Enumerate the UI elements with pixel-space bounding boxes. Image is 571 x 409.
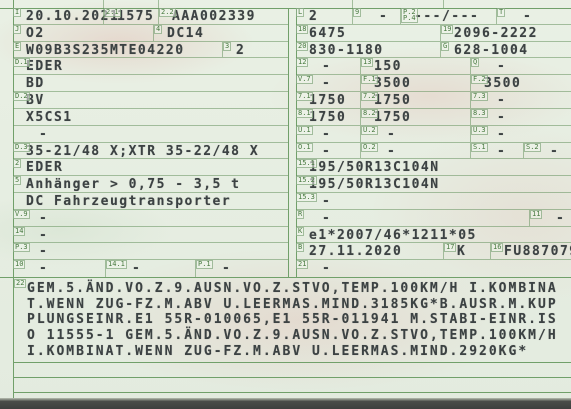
form-row: 20830-1180G628-1004 [296,42,571,59]
field-label-P.3: P.3 [13,243,30,252]
field-vehicle-class: JO2 [13,25,153,41]
form-column-left: I20.10.20212.115752.2AAA002339JO24DC14EW… [13,8,288,277]
remarks-text: GEM.5.ÄND.VO.Z.9.AUSN.VO.Z.STVO,TEMP.100… [27,281,571,360]
form-row: B27.11.202017K16FU887079 [296,243,571,260]
empty-rule [13,377,571,378]
field-field-17: 17K [443,243,490,259]
form-row: 12-13150Q- [296,58,571,75]
field-value-d2-extra-line: - [13,126,288,142]
field-trailer-load-unbraked: O.2- [360,143,470,159]
field-label-17: 17 [444,243,456,252]
field-value-vehicle-class: O2 [13,25,153,41]
field-trailer-load-braked: O.1- [296,143,360,159]
field-value-power-to-weight: - [471,58,571,74]
field-body-type-code: 4DC14 [153,25,288,41]
field-label-2.1: 2.1 [104,8,121,17]
form-row: P.3- [13,243,288,260]
field-label-16: 16 [491,243,503,252]
field-colour-code: 11- [529,210,571,226]
field-noise-driveby: U.3- [470,126,571,142]
field-label-Q: Q [471,58,479,67]
field-perm-axle-load-3: 8.3- [470,109,571,125]
field-label-8.2: 8.2 [361,109,378,118]
field-tech-max-mass: F.13500 [360,75,470,91]
field-label-V.9: V.9 [13,210,30,219]
form-row: U.1-U.2-U.3- [296,126,571,143]
field-class-body-description: 5Anhänger > 0,75 - 3,5 t [13,176,288,192]
field-label-20: 20 [296,42,308,51]
grid-stub [443,0,444,8]
field-label-D.2: D.2 [13,92,30,101]
field-value-support-load: 150 [361,58,470,74]
field-label-S.2: S.2 [524,143,541,152]
field-value-manufacturer-short: EDER [13,159,288,175]
form-row: EW09B3S235MTE0422032 [13,42,288,59]
field-label-3: 3 [223,42,231,51]
field-perm-axle-load-1: 8.11750 [296,109,360,125]
field-axle-count: L2 [296,8,352,24]
field-label-O.2: O.2 [361,143,378,152]
field-seats: S.1- [470,143,523,159]
field-emission-class: 14- [13,227,288,243]
form-row: 2EDER [13,159,288,176]
form-row: D.2BV [13,92,288,109]
field-value-empty-mass: 628-1004 [441,42,571,58]
form-row: 21- [296,260,571,277]
field-label-J: J [13,25,21,34]
field-value-class-body-description: Anhänger > 0,75 - 3,5 t [13,176,288,192]
form-row: 186475192096-2222 [296,25,571,42]
remarks-line: GEM.5.ÄND.VO.Z.9.AUSN.VO.Z.STVO,TEMP.100… [27,281,571,297]
field-label-4: 4 [154,25,162,34]
field-value-tyres-axle-2: 195/50R13C104N [296,176,571,192]
field-tyres-axle-2: 15.2195/50R13C104N [296,176,571,192]
field-label-I: I [13,8,21,17]
field-label-9: 9 [353,8,361,17]
field-label-D.1: D.1 [13,58,30,67]
field-power-rpm: P.2P.4---/--- [400,8,496,24]
field-noise-stationary: U.1- [296,126,360,142]
field-value-axle-count: 2 [296,8,352,24]
field-support-load: 13150 [360,58,470,74]
field-first-registration-date: B27.11.2020 [296,243,443,259]
field-tank-capacity: 12- [296,58,360,74]
field-value-variant: BV [13,92,288,108]
field-engine-capacity: P.1- [195,260,288,277]
field-emission-class-eg: V.9- [13,210,288,226]
form-column-right: L29-P.2P.4---/---T-186475192096-22222083… [296,8,571,277]
field-label-R: R [296,210,304,219]
form-row: V.9- [13,210,288,227]
field-value-vin-check-digit: 2 [223,42,288,58]
field-value-max-speed: - [497,8,571,24]
field-label-11: 11 [530,210,542,219]
field-fuel-type: P.3- [13,243,288,259]
field-label-2: 2 [13,159,21,168]
field-co2: V.7- [296,75,360,91]
field-label-14.1: 14.1 [106,260,127,269]
form-row: Ke1*2007/46*1211*05 [296,227,571,244]
field-label-7.3: 7.3 [471,92,488,101]
field-label-19: 19 [441,25,453,34]
field-value-colour: - [296,210,529,226]
field-version: X5CS1 [13,109,288,125]
field-tyres-axle-3: 15.3- [296,193,571,209]
field-max-speed: T- [496,8,571,24]
form-row: 7.117507.217507.3- [296,92,571,109]
field-value-fuel-type: - [13,243,288,259]
field-label-P.2|P.4: P.2P.4 [401,8,418,23]
field-label-8.1: 8.1 [296,109,313,118]
field-tech-axle-load-2: 7.21750 [360,92,470,108]
form-row: R-11- [296,210,571,227]
field-trade-name: D.335-21/48 X;XTR 35-22/48 X [13,143,288,159]
field-label-L: L [296,8,304,17]
field-hsn-code: 2.11575 [103,8,158,24]
form-row: BD [13,75,288,92]
field-label-10: 10 [13,260,25,269]
field-width: 192096-2222 [440,25,571,41]
field-label-7.1: 7.1 [296,92,313,101]
field-label-U.1: U.1 [296,126,313,135]
remarks-line: O 11555-1 GEM.5.ÄND.VO.Z.9.AUSN.VO.Z.STV… [27,328,571,344]
field-empty-mass: G628-1004 [440,42,571,58]
field-variant: D.2BV [13,92,288,108]
field-label-15.1: 15.1 [296,159,317,168]
field-value-version: X5CS1 [13,109,288,125]
field-value-field-21: - [296,260,571,276]
remarks-line: T.WENN ZUG-FZ.M.ABV U.LEERMAS.MIND.3185K… [27,297,571,313]
form-row: X5CS1 [13,109,288,126]
form-row: 14- [13,227,288,244]
grid-stub [158,0,159,8]
field-label-14: 14 [13,227,25,236]
field-label-21: 21 [296,260,308,269]
field-value-width: 2096-2222 [441,25,571,41]
form-row: D.335-21/48 X;XTR 35-22/48 X [13,143,288,160]
form-row: - [13,126,288,143]
field-label-E: E [13,42,21,51]
field-label-U.3: U.3 [471,126,488,135]
field-value-fuel-code: - [13,260,105,276]
field-type-approval-number: Ke1*2007/46*1211*05 [296,227,571,243]
field-colour: R- [296,210,529,226]
remarks-line: I.KOMBINAT.WENN ZUG-FZ.M.ABV U.LEERMAS.M… [27,344,571,360]
field-height: 20830-1180 [296,42,440,58]
field-permissible-max-mass: F.23500 [470,75,571,91]
field-value-type: BD [13,75,288,91]
field-power-to-weight: Q- [470,58,571,74]
field-label-7.2: 7.2 [361,92,378,101]
field-label-K: K [296,227,304,236]
field-tsn-code: 2.2AAA002339 [158,8,288,24]
field-label-V.7: V.7 [296,75,313,84]
field-label-F.2: F.2 [471,75,488,84]
field-value-vin: W09B3S235MTE04220 [13,42,222,58]
field-label-U.2: U.2 [361,126,378,135]
field-label-13: 13 [361,58,373,67]
field-noise-rpm: U.2- [360,126,470,142]
remarks-field: 22 GEM.5.ÄND.VO.Z.9.AUSN.VO.Z.STVO,TEMP.… [13,278,571,362]
field-emission-code: 14.1- [105,260,195,277]
form-row: 8.117508.217508.3- [296,109,571,126]
field-document-number: 16FU887079 [490,243,571,259]
form-row: D.1EDER [13,58,288,75]
field-value-make: EDER [13,58,288,74]
empty-rule [13,392,571,393]
field-value-emission-class-eg: - [13,210,288,226]
field-tyres-axle-1: 15.1195/50R13C104N [296,159,571,175]
field-value-type-approval-number: e1*2007/46*1211*05 [296,227,571,243]
field-d2-extra-line: - [13,126,288,142]
field-label-D.3: D.3 [13,143,30,152]
field-label-P.1: P.1 [196,260,213,269]
field-drive-axle-count: 9- [352,8,400,24]
form-row: O.1-O.2-S.1-S.2- [296,143,571,160]
field-vin: EW09B3S235MTE04220 [13,42,222,58]
field-value-tyres-axle-3: - [296,193,571,209]
form-row: 15.2195/50R13C104N [296,176,571,193]
field-value-class-body-description-line2: DC Fahrzeugtransporter [13,193,288,209]
field-value-emission-class: - [13,227,288,243]
field-class-body-description-line2: DC Fahrzeugtransporter [13,193,288,209]
form-row: 10-14.1-P.1- [13,260,288,277]
field-tech-axle-load-1: 7.11750 [296,92,360,108]
form-row: 15.1195/50R13C104N [296,159,571,176]
form-row: 15.3- [296,193,571,210]
field-label-5: 5 [13,176,21,185]
field-label-15.2: 15.2 [296,176,317,185]
field-label-O.1: O.1 [296,143,313,152]
field-tech-axle-load-3: 7.3- [470,92,571,108]
form-row: DC Fahrzeugtransporter [13,193,288,210]
field-label-F.1: F.1 [361,75,378,84]
form-row: L29-P.2P.4---/---T- [296,8,571,25]
field-label-22: 22 [14,279,26,288]
form-row: I20.10.20212.115752.2AAA002339 [13,8,288,25]
field-value-tyres-axle-1: 195/50R13C104N [296,159,571,175]
field-value-tsn-code: AAA002339 [159,8,288,24]
grid-stub [352,0,353,8]
field-label-8.3: 8.3 [471,109,488,118]
field-label-B: B [296,243,304,252]
field-label-T: T [497,8,505,17]
empty-rule [13,362,571,363]
field-label-15.3: 15.3 [296,193,317,202]
field-type: BD [13,75,288,91]
field-registration-date: I20.10.2021 [13,8,103,24]
field-field-21: 21- [296,260,571,277]
field-vin-check-digit: 32 [222,42,288,58]
field-manufacturer-short: 2EDER [13,159,288,175]
field-label-S.1: S.1 [471,143,488,152]
vehicle-registration-document: I20.10.20212.115752.2AAA002339JO24DC14EW… [0,0,571,409]
form-row: 5Anhänger > 0,75 - 3,5 t [13,176,288,193]
grid-stub [103,0,104,8]
field-label-2.2: 2.2 [159,8,176,17]
field-value-body-type-code: DC14 [154,25,288,41]
form-row: V.7-F.13500F.23500 [296,75,571,92]
field-label-12: 12 [296,58,308,67]
field-length: 186475 [296,25,440,41]
scan-edge [0,398,571,409]
field-perm-axle-load-2: 8.21750 [360,109,470,125]
field-value-length: 6475 [296,25,440,41]
field-make: D.1EDER [13,58,288,74]
field-value-height: 830-1180 [296,42,440,58]
field-standing-places: S.2- [523,143,571,159]
field-label-G: G [441,42,449,51]
form-row: JO24DC14 [13,25,288,42]
field-value-registration-date: 20.10.2021 [13,8,103,24]
field-value-first-registration-date: 27.11.2020 [296,243,443,259]
field-value-trade-name: 35-21/48 X;XTR 35-22/48 X [13,143,288,159]
remarks-line: PLUNGSEINR.E1 55R-010065,E1 55R-011941 M… [27,312,571,328]
field-fuel-code: 10- [13,260,105,277]
field-label-18: 18 [296,25,308,34]
